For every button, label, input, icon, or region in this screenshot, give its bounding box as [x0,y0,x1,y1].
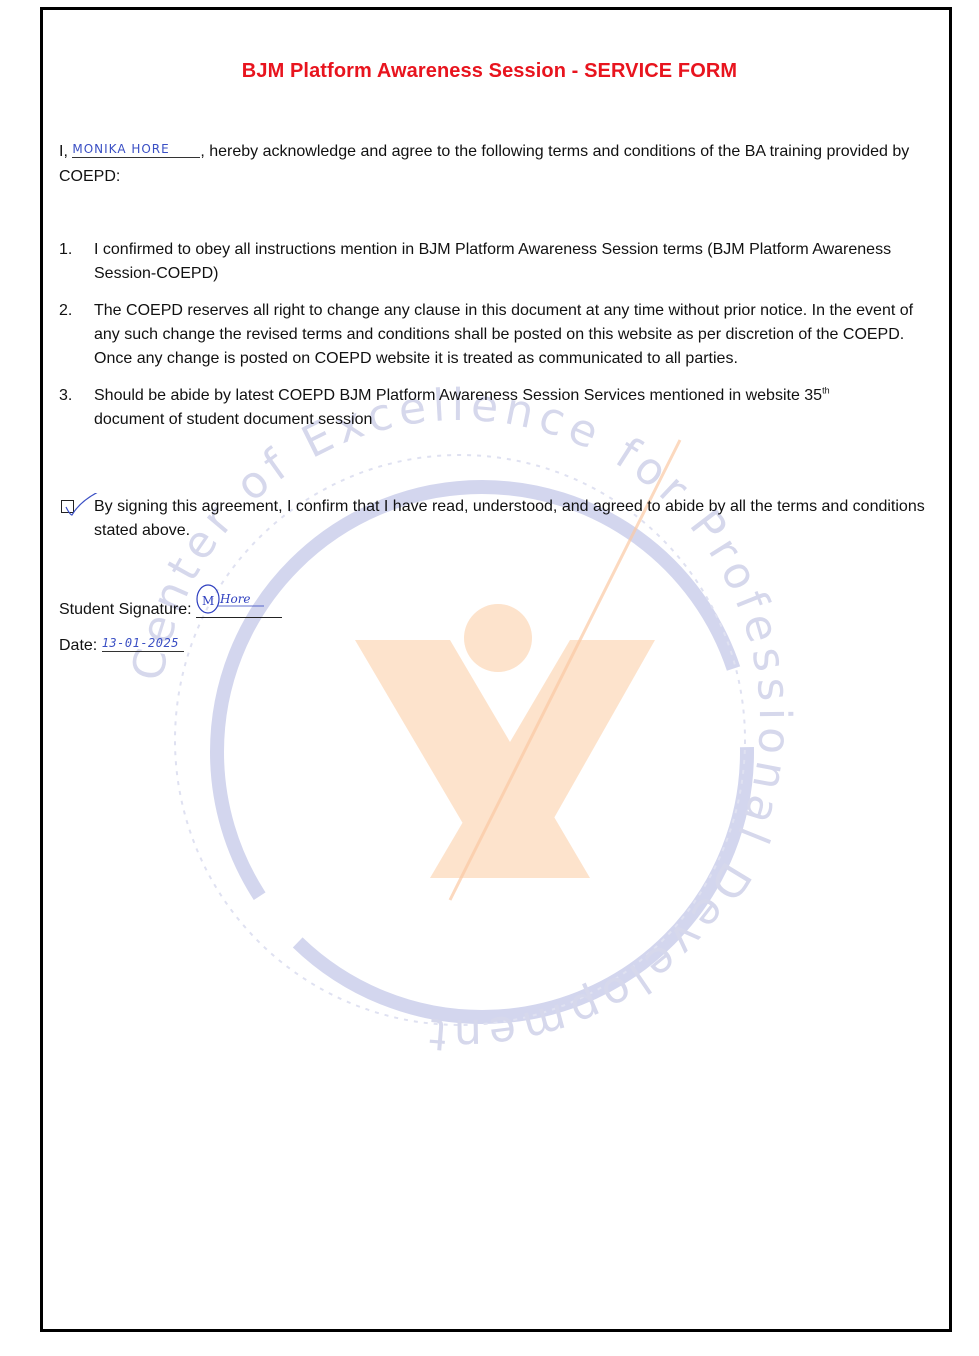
term-text-part: Should be abide by latest COEPD BJM Plat… [94,387,822,404]
handwritten-signature: M Hore [194,583,284,619]
term-text: I confirmed to obey all instructions men… [94,241,891,282]
signature-label: Student Signature: [59,601,192,618]
svg-text:M: M [202,594,214,608]
agreement-section: By signing this agreement, I confirm tha… [59,495,929,543]
page-border [40,7,952,1332]
signature-field[interactable]: M Hore [196,597,282,618]
terms-list: 1. I confirmed to obey all instructions … [59,238,929,445]
svg-text:Hore: Hore [219,592,251,606]
form-title: BJM Platform Awareness Session - SERVICE… [0,60,979,83]
date-row: Date: 13-01-2025 [59,634,184,658]
term-number: 1. [59,238,72,262]
student-name-field[interactable]: MONIKA HORE [72,141,200,158]
term-item: 3. Should be abide by latest COEPD BJM P… [59,384,929,432]
term-number: 2. [59,299,72,323]
agreement-checkbox[interactable] [61,500,74,513]
handwritten-check-icon [62,493,102,523]
term-item: 1. I confirmed to obey all instructions … [59,238,929,286]
term-item: 2. The COEPD reserves all right to chang… [59,299,929,371]
date-field[interactable]: 13-01-2025 [102,635,184,652]
date-label: Date: [59,637,97,654]
term-text-part: document of student document session [94,411,372,428]
term-number: 3. [59,384,72,408]
term-text: Should be abide by latest COEPD BJM Plat… [94,387,830,428]
agreement-text: By signing this agreement, I confirm tha… [59,495,929,543]
ordinal-suffix: th [822,386,830,396]
signature-row: Student Signature: M Hore [59,597,282,622]
intro-prefix: I, [59,143,72,160]
term-text: The COEPD reserves all right to change a… [94,302,913,367]
acknowledgement-paragraph: I, MONIKA HORE, hereby acknowledge and a… [59,139,939,189]
